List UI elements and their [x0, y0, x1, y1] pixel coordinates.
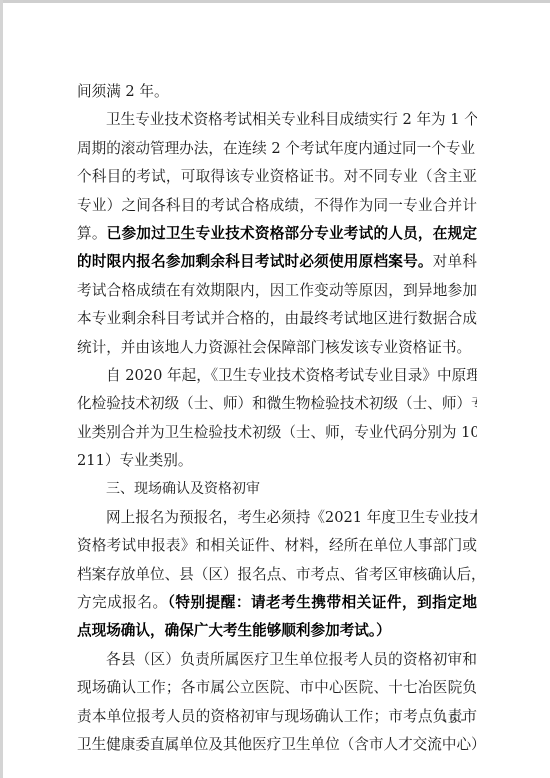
- page-frame-left: [0, 0, 3, 778]
- section-heading: 三、现场确认及资格初审: [77, 475, 477, 503]
- text-line: 考试合格成绩在有效期限内，因工作变动等原因，到异地参加: [77, 277, 477, 305]
- text-line: 周期的滚动管理办法，在连续 2 个考试年度内通过同一个专业 4: [77, 135, 477, 163]
- text-line: 各县（区）负责所属医疗卫生单位报考人员的资格初审和: [77, 646, 477, 674]
- text-line: 算。已参加过卫生专业技术资格部分专业考试的人员，在规定: [77, 220, 477, 248]
- text-line: 化检验技术初级（士、师）和微生物检验技术初级（士、师）专: [77, 390, 477, 418]
- text-segment: 方完成报名。: [77, 594, 168, 611]
- document-page: 间须满 2 年。卫生专业技术资格考试相关专业科目成绩实行 2 年为 1 个周期的…: [77, 78, 477, 759]
- text-line: 责本单位报考人员的资格初审与现场确认工作；市考点负责市: [77, 703, 477, 731]
- bold-text: 已参加过卫生专业技术资格部分专业考试的人员，在规定: [107, 225, 477, 242]
- text-line: 本专业剩余科目考试并合格的，由最终考试地区进行数据合成: [77, 305, 477, 333]
- text-line: 自 2020 年起，《卫生专业技术资格考试专业目录》中原理: [77, 362, 477, 390]
- text-line: 统计，并由该地人力资源社会保障部门核发该专业资格证书。: [77, 334, 477, 362]
- text-line: 211）专业类别。: [77, 447, 477, 475]
- text-line: 的时限内报名参加剩余科目考试时必须使用原档案号。对单科: [77, 248, 477, 276]
- text-line: 网上报名为预报名，考生必须持《2021 年度卫生专业技术: [77, 504, 477, 532]
- text-line: 点现场确认，确保广大考生能够顺利参加考试。）: [77, 617, 477, 645]
- text-segment: 算。: [77, 225, 107, 242]
- text-line: 现场确认工作；各市属公立医院、市中心医院、十七冶医院负: [77, 674, 477, 702]
- text-line: 档案存放单位、县（区）报名点、市考点、省考区审核确认后，: [77, 561, 477, 589]
- page-frame-top: [0, 0, 550, 3]
- text-line: 业类别合并为卫生检验技术初级（士、师，专业代码分别为 109、: [77, 419, 477, 447]
- bold-text: 点现场确认，确保广大考生能够顺利参加考试。）: [77, 622, 391, 639]
- text-line: 间须满 2 年。: [77, 78, 477, 106]
- page-number: - 5 -: [442, 712, 465, 728]
- text-line: 方完成报名。（特别提醒：请老考生携带相关证件，到指定地: [77, 589, 477, 617]
- text-line: 卫生专业技术资格考试相关专业科目成绩实行 2 年为 1 个: [77, 106, 477, 134]
- text-segment: 对单科: [433, 253, 477, 270]
- text-line: 专业）之间各科目的考试合格成绩，不得作为同一专业合并计: [77, 192, 477, 220]
- text-line: 个科目的考试，可取得该专业资格证书。对不同专业（含主亚: [77, 163, 477, 191]
- bold-text: （特别提醒：请老考生携带相关证件，到指定地: [168, 594, 477, 611]
- text-line: 资格考试申报表》和相关证件、材料，经所在单位人事部门或: [77, 532, 477, 560]
- text-line: 卫生健康委直属单位及其他医疗卫生单位（含市人才交流中心）: [77, 731, 477, 759]
- bold-text: 的时限内报名参加剩余科目考试时必须使用原档案号。: [77, 253, 433, 270]
